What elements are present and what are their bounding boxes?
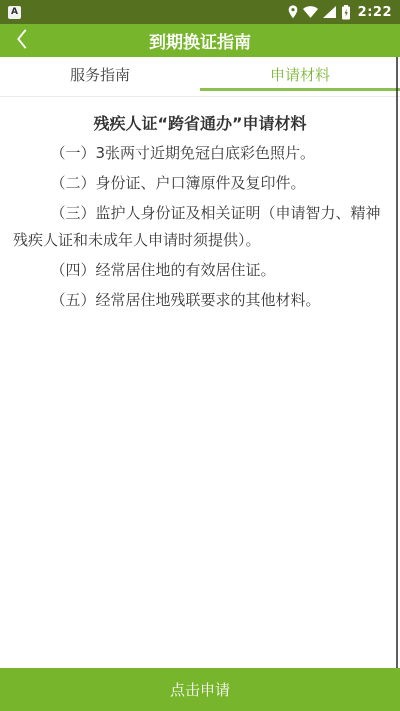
list-item: （三）监护人身份证及相关证明（申请智力、精神残疾人证和未成年人申请时须提供）。 [13,200,387,254]
list-item: （四）经常居住地的有效居住证。 [13,257,387,284]
wifi-icon [303,6,318,18]
list-item: （五）经常居住地残联要求的其他材料。 [13,287,387,314]
apply-button[interactable]: 点击申请 [0,668,400,711]
scrollbar[interactable] [396,57,398,668]
header: 到期换证指南 [0,24,400,57]
status-bar-right: 2:22 [288,5,392,20]
content-area: 残疾人证“跨省通办”申请材料 （一）3张两寸近期免冠白底彩色照片。 （二）身份证… [0,97,400,668]
tab-service-guide[interactable]: 服务指南 [0,57,200,91]
notification-app-badge: A [8,6,21,19]
content-title: 残疾人证“跨省通办”申请材料 [13,110,387,137]
cellular-signal-icon [323,6,336,18]
page-title: 到期换证指南 [0,28,400,53]
location-icon [288,5,298,19]
status-bar: A [0,0,400,24]
back-button[interactable] [6,24,38,57]
tab-bar: 服务指南 申请材料 [0,57,400,91]
app-screen: A [0,0,400,711]
status-time: 2:22 [358,5,392,20]
tab-application-materials[interactable]: 申请材料 [200,57,400,91]
list-item: （二）身份证、户口簿原件及复印件。 [13,170,387,197]
list-item: （一）3张两寸近期免冠白底彩色照片。 [13,140,387,167]
back-chevron-icon [14,27,30,54]
active-tab-indicator [200,88,400,91]
battery-charging-icon [341,5,351,20]
